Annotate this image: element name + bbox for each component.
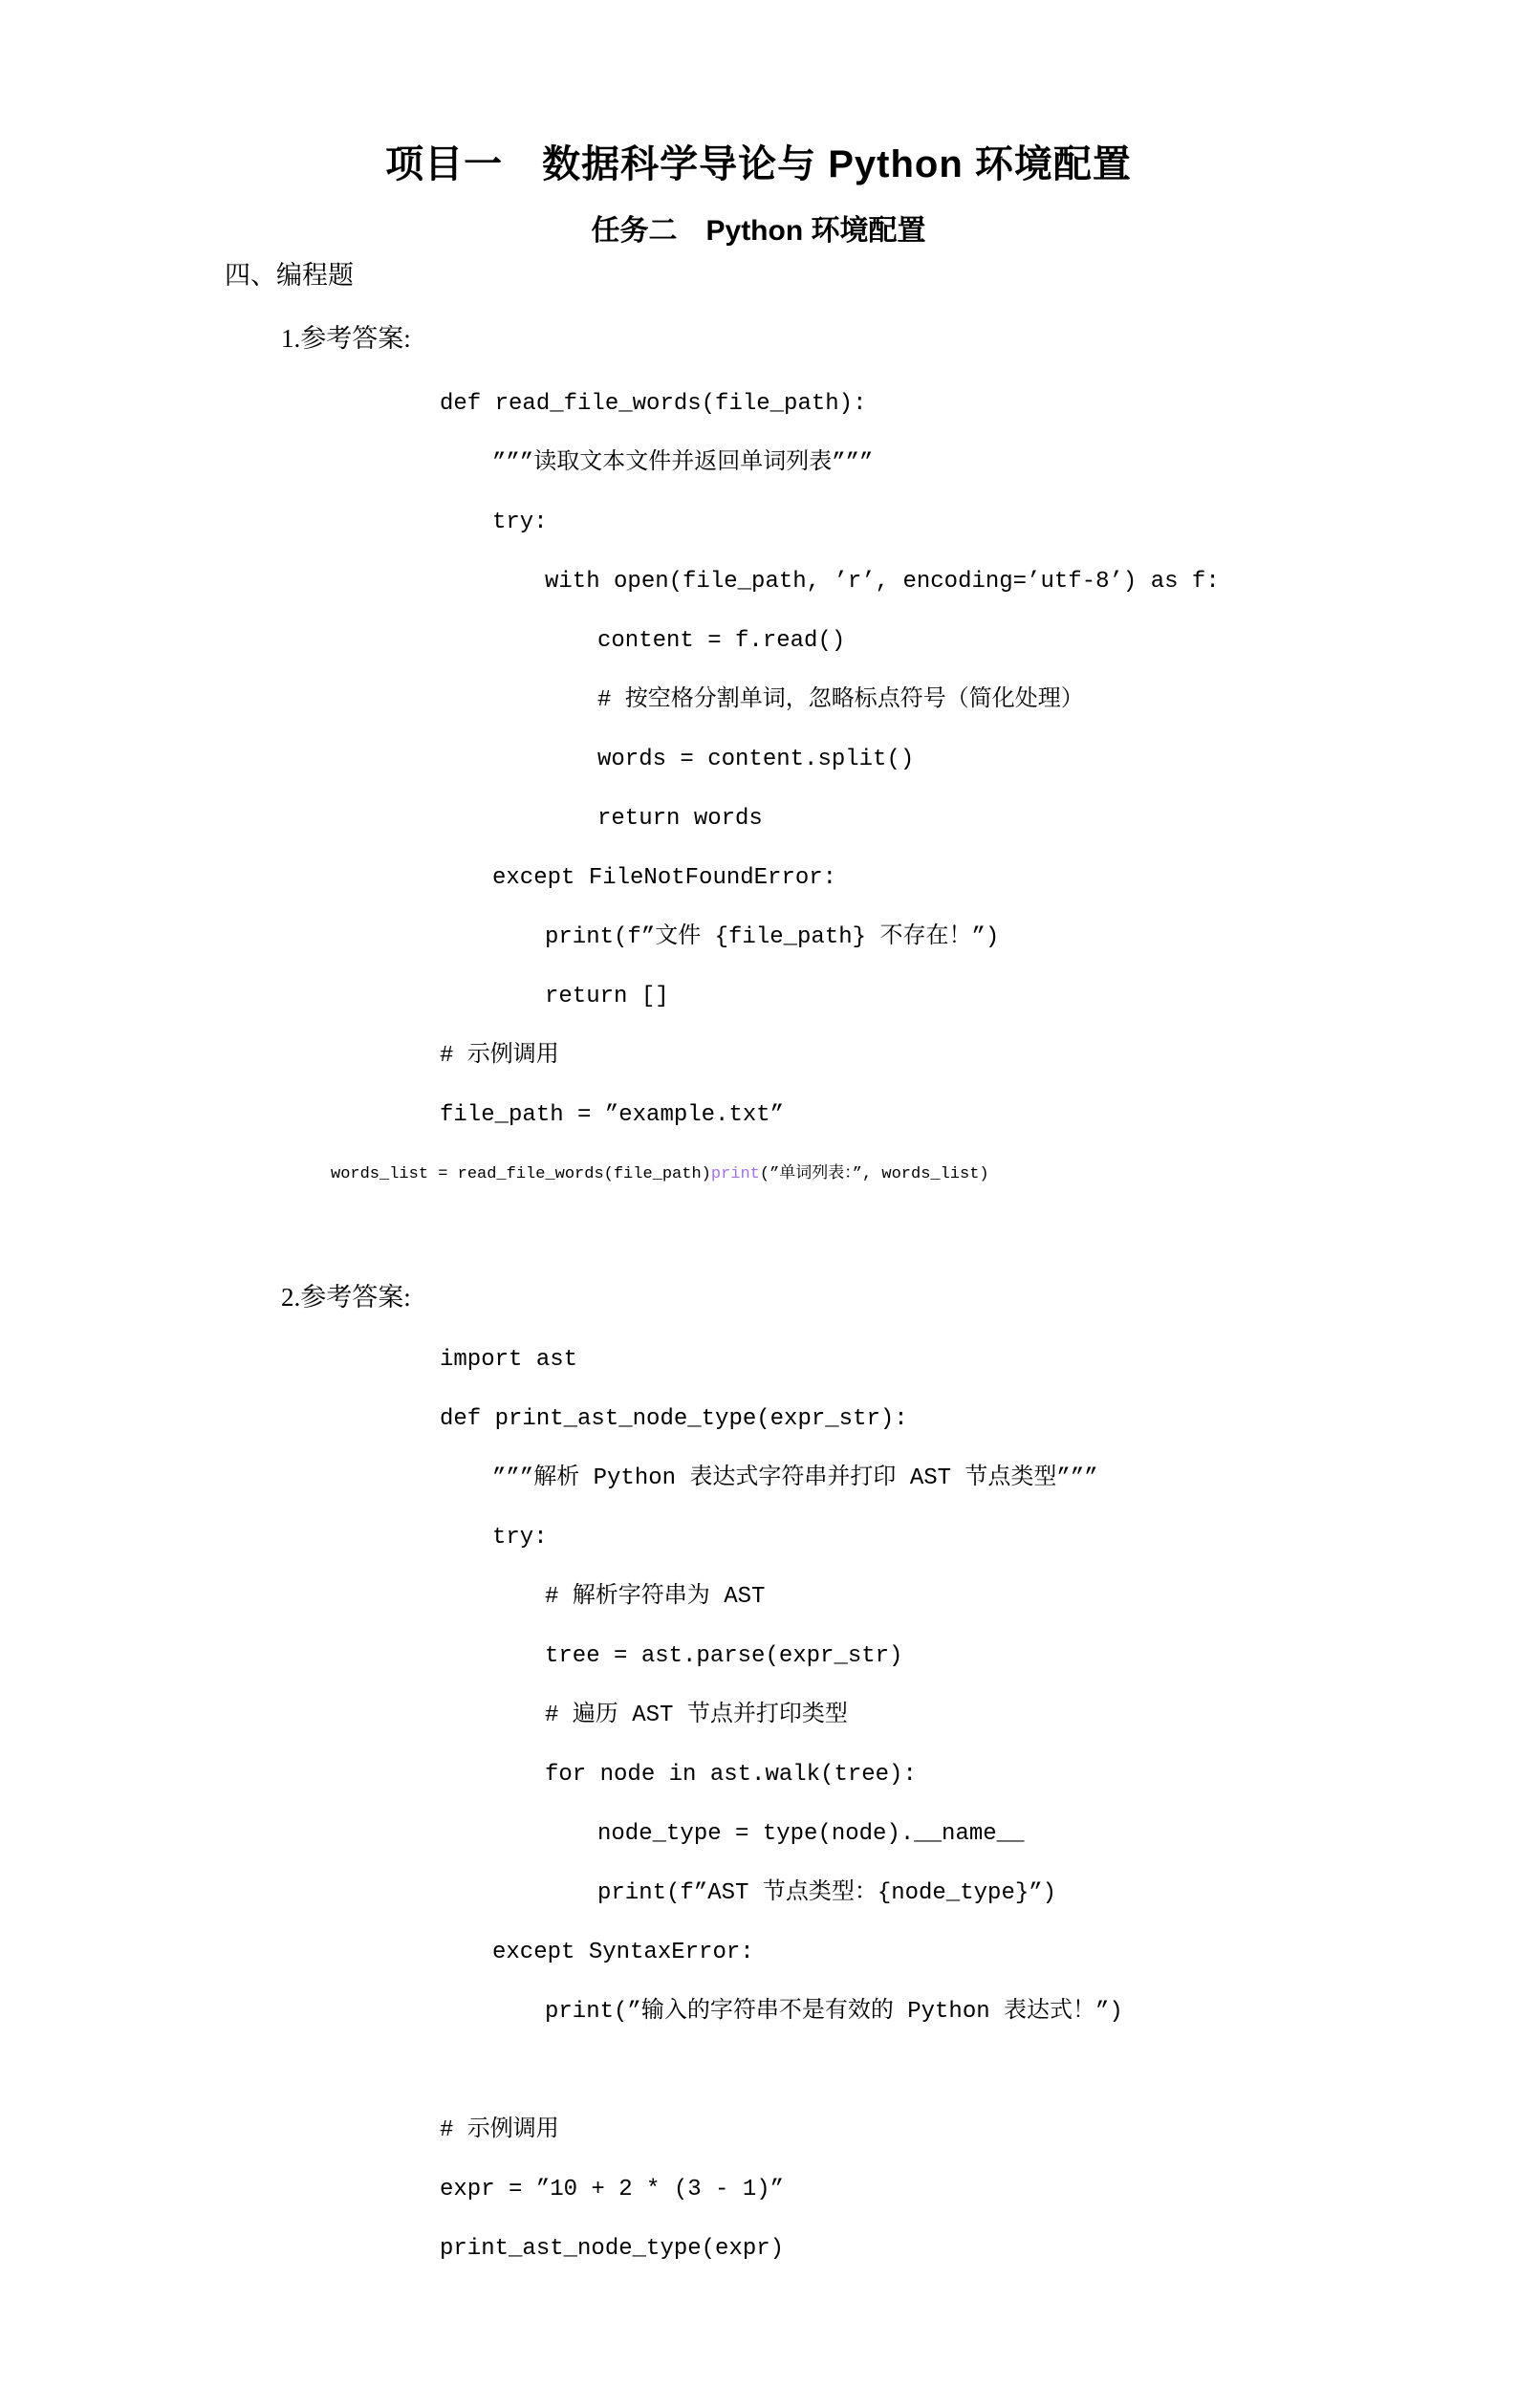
code-line: try:: [440, 1508, 1488, 1568]
code-line: tree = ast.parse(expr_str): [440, 1627, 1488, 1686]
call-after: (”单词列表：”, words_list): [760, 1165, 989, 1183]
code-line: expr = ”10 + 2 * (3 - 1)”: [440, 2160, 1488, 2220]
code-line: def read_file_words(file_path):: [440, 375, 1488, 434]
code-line: except FileNotFoundError:: [440, 849, 1488, 908]
code-line: except SyntaxError:: [440, 1923, 1488, 1983]
call-before: words_list = read_file_words(file_path): [331, 1165, 711, 1183]
code-line: content = f.read(): [440, 612, 1488, 671]
answer1-label: 1.参考答案:: [281, 322, 411, 356]
code-line: return []: [440, 967, 1488, 1027]
print-keyword: print: [711, 1165, 760, 1183]
code-line: # 示例调用: [440, 2101, 1488, 2160]
code-line: words = content.split(): [440, 730, 1488, 790]
code-line: # 示例调用: [440, 1027, 1488, 1086]
code-line: print(f”AST 节点类型：{node_type}”): [440, 1864, 1488, 1923]
code-line-call: words_list = read_file_words(file_path)p…: [331, 1145, 1488, 1204]
answer2-code-block: import ast def print_ast_node_type(expr_…: [440, 1331, 1488, 2279]
code-line: return words: [440, 790, 1488, 849]
code-line: for node in ast.walk(tree):: [440, 1746, 1488, 1805]
code-line: def print_ast_node_type(expr_str):: [440, 1390, 1488, 1449]
document-page: 项目一 数据科学导论与 Python 环境配置 任务二 Python 环境配置 …: [0, 0, 1517, 2408]
code-line: # 解析字符串为 AST: [440, 1568, 1488, 1627]
code-line: print_ast_node_type(expr): [440, 2220, 1488, 2279]
code-line: # 遍历 AST 节点并打印类型: [440, 1686, 1488, 1746]
doc-subtitle: 任务二 Python 环境配置: [0, 214, 1517, 249]
code-line: import ast: [440, 1331, 1488, 1390]
answer2-label: 2.参考答案:: [281, 1281, 411, 1314]
code-line: with open(file_path, ’r’, encoding=’utf-…: [440, 553, 1488, 612]
section-heading: 四、编程题: [225, 259, 354, 293]
code-line: node_type = type(node).__name__: [440, 1805, 1488, 1864]
code-line: # 按空格分割单词，忽略标点符号（简化处理）: [440, 671, 1488, 730]
code-line: print(”输入的字符串不是有效的 Python 表达式！”): [440, 1983, 1488, 2042]
code-line: try:: [440, 493, 1488, 553]
blank-line: [440, 2042, 1488, 2101]
answer1-code-block: def read_file_words(file_path): ”””读取文本文…: [440, 375, 1488, 1204]
code-line: print(f”文件 {file_path} 不存在！”): [440, 908, 1488, 967]
doc-title: 项目一 数据科学导论与 Python 环境配置: [0, 141, 1517, 187]
code-line: file_path = ”example.txt”: [440, 1086, 1488, 1145]
code-line: ”””读取文本文件并返回单词列表”””: [440, 434, 1488, 493]
code-line: ”””解析 Python 表达式字符串并打印 AST 节点类型”””: [440, 1449, 1488, 1508]
